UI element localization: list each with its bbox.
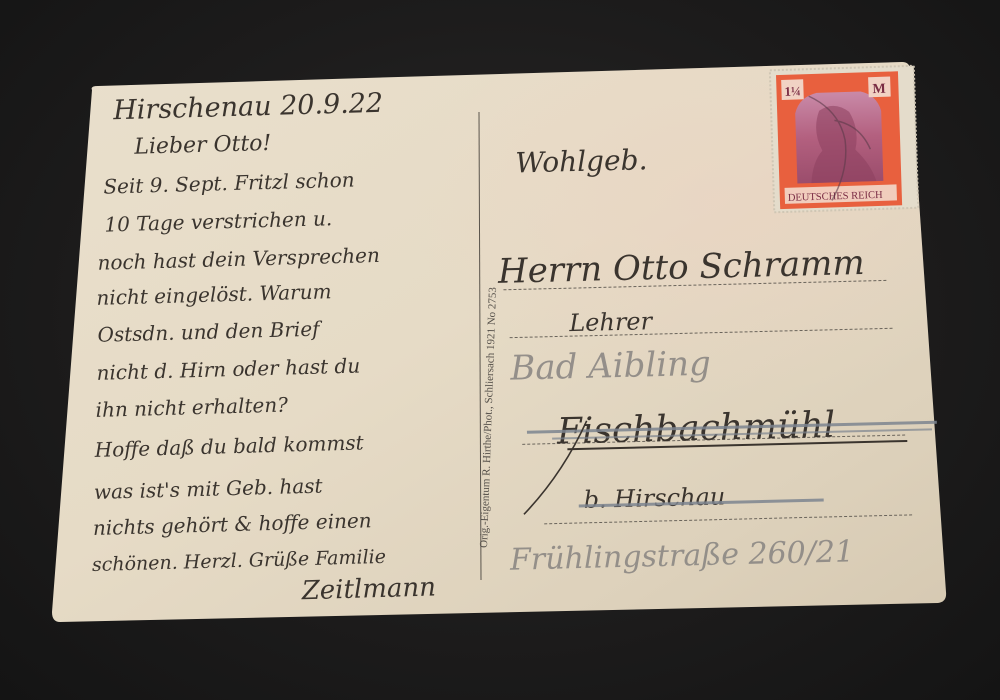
- postage-stamp: 1¼ M DEUTSCHES REICH: [770, 66, 918, 212]
- address-forwarded-city: Bad Aibling: [509, 344, 711, 389]
- address-via: b. Hirschau: [583, 482, 725, 513]
- address-occupation: Lehrer: [568, 307, 654, 337]
- stamp-value-right: M: [872, 82, 886, 97]
- photo-scene: Orig.-Eigentum R. Hirthe/Phot., Schliers…: [0, 0, 1000, 700]
- postcard: Orig.-Eigentum R. Hirthe/Phot., Schliers…: [52, 62, 946, 622]
- message-salutation: Lieber Otto!: [133, 131, 272, 160]
- address-honorific: Wohlgeb.: [515, 143, 648, 179]
- message-signature: Zeitlmann: [300, 572, 436, 606]
- stamp-value-left: 1¼: [784, 83, 801, 99]
